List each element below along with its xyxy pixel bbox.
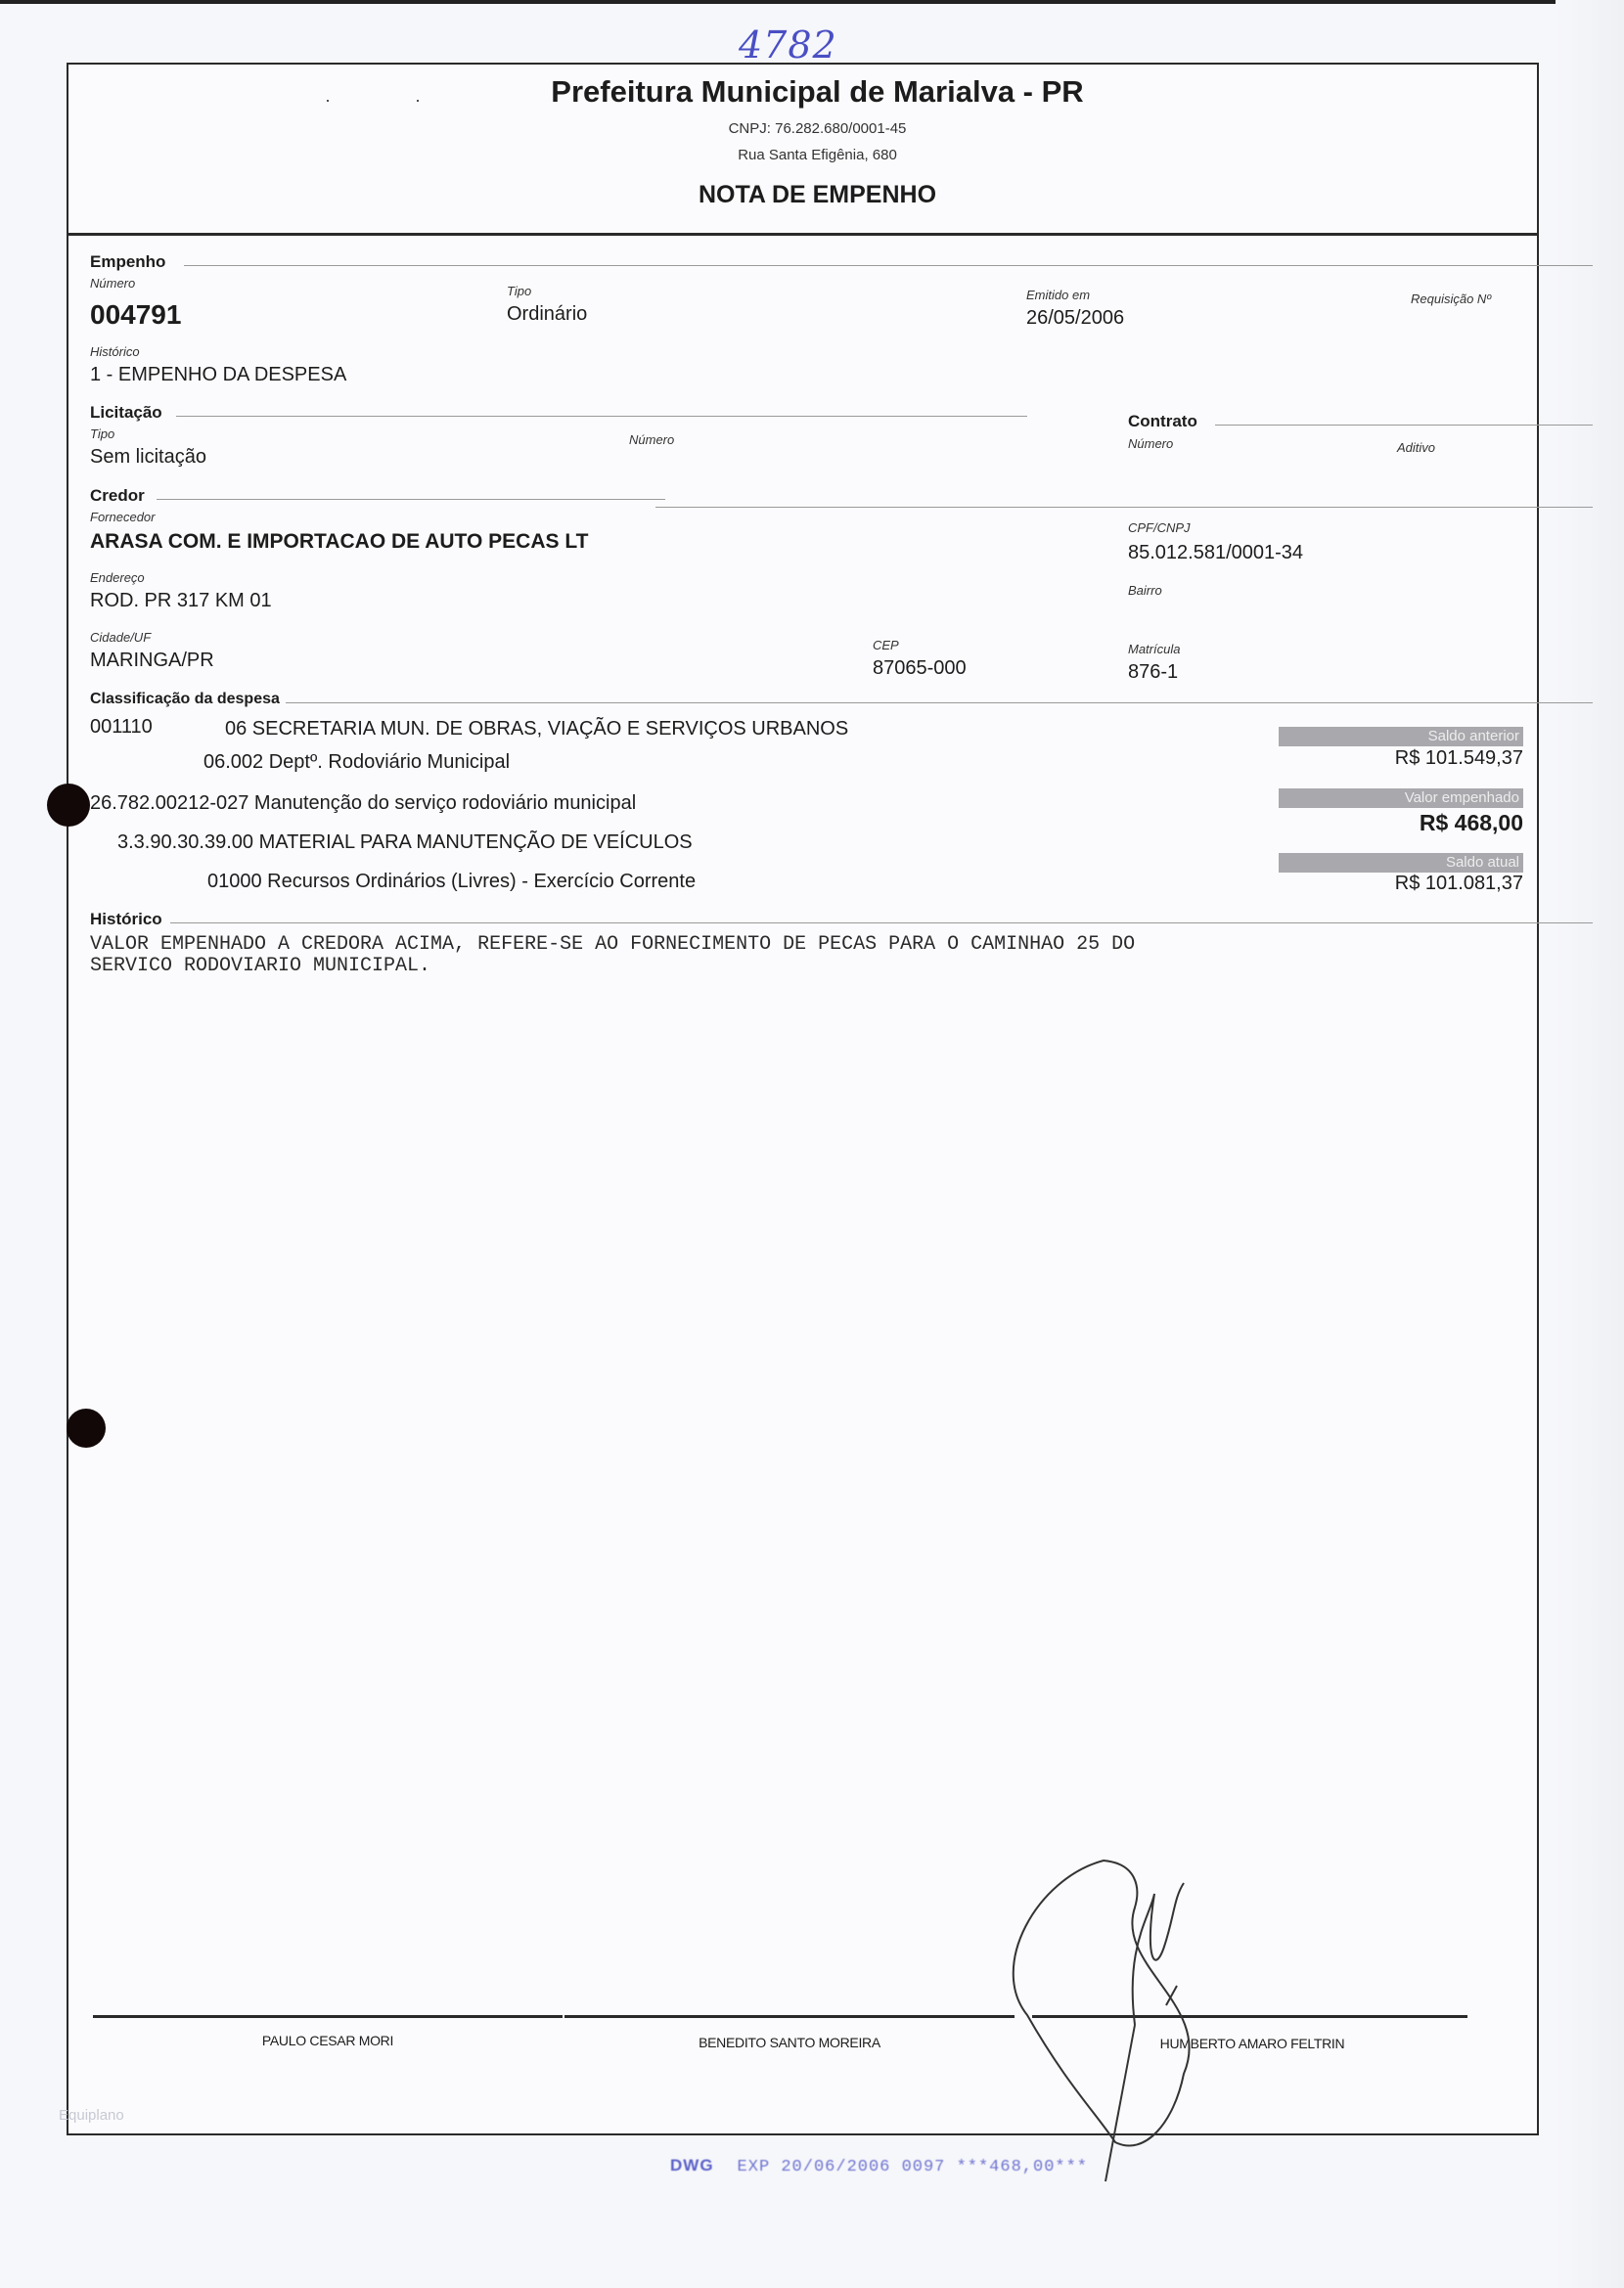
hole-punch xyxy=(67,1409,106,1448)
bank-stamp-text: EXP 20/06/2006 0097 ***468,00*** xyxy=(738,2158,1088,2176)
hole-punch xyxy=(47,784,90,827)
bank-authentication-stamp: DWGEXP 20/06/2006 0097 ***468,00*** xyxy=(670,2156,1088,2176)
bank-stamp-logo: DWG xyxy=(670,2156,714,2175)
handwritten-signature xyxy=(0,0,1624,2288)
